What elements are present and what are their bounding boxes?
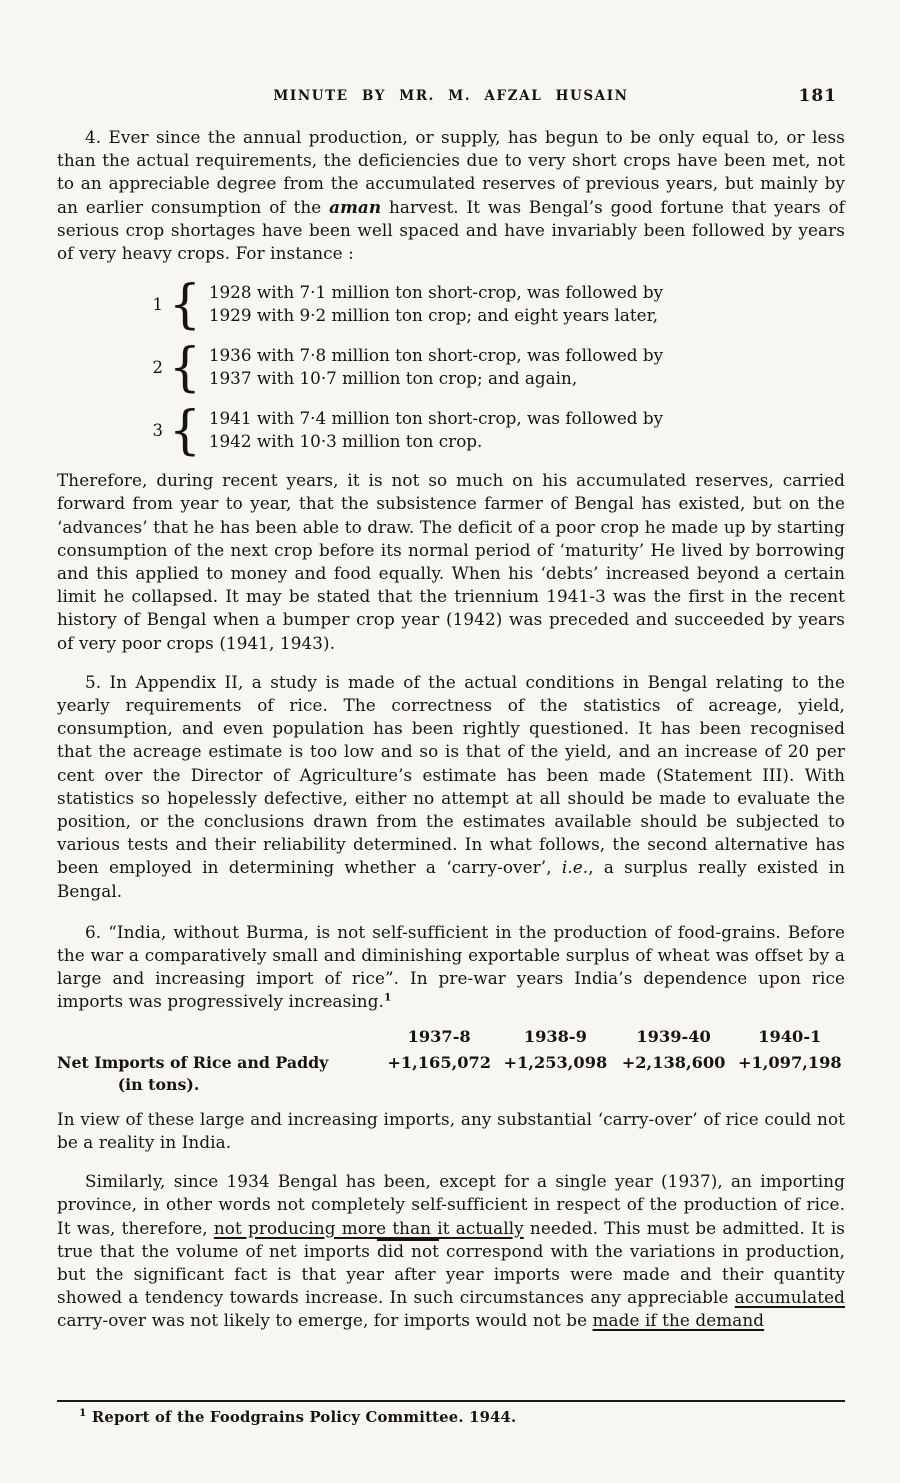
running-header: MINUTE BY MR. M. AFZAL HUSAIN 181 — [57, 86, 845, 108]
crop-instances-list: 1 { 1928 with 7·1 million ton short-crop… — [147, 279, 845, 455]
table-value-1940-1: +1,097,198 — [735, 1052, 845, 1074]
list-item-number: 1 — [147, 295, 163, 314]
table-header-1939-40: 1939-40 — [613, 1026, 735, 1052]
list-item-number: 2 — [147, 358, 163, 377]
table-value-1938-9: +1,253,098 — [498, 1052, 612, 1074]
paragraph-similarly-text-4: carry-over was not likely to emerge, for… — [57, 1310, 593, 1330]
paragraph-similarly: Similarly, since 1934 Bengal has been, e… — [57, 1170, 845, 1332]
list-item-text: 1928 with 7·1 million ton short-crop, wa… — [209, 281, 663, 327]
list-item-line-1: 1928 with 7·1 million ton short-crop, wa… — [209, 282, 663, 302]
table-row-label: Net Imports of Rice and Paddy — [57, 1052, 380, 1074]
footnote-reference: 1 — [384, 992, 391, 1004]
document-page: MINUTE BY MR. M. AFZAL HUSAIN 181 4. Eve… — [0, 0, 900, 1483]
ie-abbreviation: i.e. — [562, 857, 588, 877]
brace-glyph: { — [169, 404, 201, 457]
underlined-phrase-3: made if the demand — [593, 1310, 765, 1330]
table-value-1939-40: +2,138,600 — [613, 1052, 735, 1074]
list-item-line-2: 1942 with 10·3 million ton crop. — [209, 431, 483, 451]
list-item-line-1: 1936 with 7·8 million ton short-crop, wa… — [209, 345, 663, 365]
list-item-1: 1 { 1928 with 7·1 million ton short-crop… — [147, 279, 845, 329]
page-number: 181 — [799, 86, 838, 106]
paragraph-6: 6. “India, without Burma, is not self-su… — [57, 921, 845, 1014]
table-header-1940-1: 1940-1 — [735, 1026, 845, 1052]
table-empty-cell — [613, 1074, 735, 1096]
footnote: 1 Report of the Foodgrains Policy Commit… — [57, 1409, 845, 1426]
overlined-phrase: did not — [377, 1241, 439, 1261]
table-corner-cell — [57, 1026, 380, 1052]
list-item-line-2: 1937 with 10·7 million ton crop; and aga… — [209, 368, 577, 388]
list-item-text: 1941 with 7·4 million ton short-crop, wa… — [209, 407, 663, 453]
brace-glyph: { — [169, 341, 201, 394]
paragraph-5-text-1: 5. In Appendix II, a study is made of th… — [57, 672, 845, 878]
net-imports-table: 1937-8 1938-9 1939-40 1940-1 Net Imports… — [57, 1026, 845, 1096]
header-title: MINUTE BY MR. M. AFZAL HUSAIN — [57, 88, 845, 104]
underlined-phrase-2: accumulated — [735, 1287, 845, 1307]
paragraph-in-view: In view of these large and increasing im… — [57, 1108, 845, 1154]
list-item-number: 3 — [147, 421, 163, 440]
table-empty-cell — [380, 1074, 498, 1096]
list-item-text: 1936 with 7·8 million ton short-crop, wa… — [209, 344, 663, 390]
table-row-sublabel: (in tons). — [57, 1074, 380, 1096]
paragraph-4: 4. Ever since the annual production, or … — [57, 126, 845, 265]
aman-term: aman — [329, 197, 381, 217]
list-item-3: 3 { 1941 with 7·4 million ton short-crop… — [147, 405, 845, 455]
paragraph-6-text: 6. “India, without Burma, is not self-su… — [57, 922, 845, 1012]
list-item-line-2: 1929 with 9·2 million ton crop; and eigh… — [209, 305, 658, 325]
list-item-2: 2 { 1936 with 7·8 million ton short-crop… — [147, 342, 845, 392]
table-empty-cell — [735, 1074, 845, 1096]
footnote-area: 1 Report of the Foodgrains Policy Commit… — [57, 1400, 845, 1426]
paragraph-therefore: Therefore, during recent years, it is no… — [57, 469, 845, 655]
table-empty-cell — [498, 1074, 612, 1096]
footnote-rule — [57, 1400, 845, 1402]
brace-glyph: { — [169, 278, 201, 331]
table-header-1937-8: 1937-8 — [380, 1026, 498, 1052]
underlined-phrase-1: not producing more than it actually — [214, 1218, 524, 1238]
list-item-line-1: 1941 with 7·4 million ton short-crop, wa… — [209, 408, 663, 428]
page-body: 4. Ever since the annual production, or … — [57, 126, 845, 1345]
paragraph-5: 5. In Appendix II, a study is made of th… — [57, 671, 845, 903]
footnote-text: Report of the Foodgrains Policy Committe… — [87, 1409, 517, 1426]
table-header-1938-9: 1938-9 — [498, 1026, 612, 1052]
footnote-marker: 1 — [79, 1407, 87, 1419]
table-value-1937-8: +1,165,072 — [380, 1052, 498, 1074]
